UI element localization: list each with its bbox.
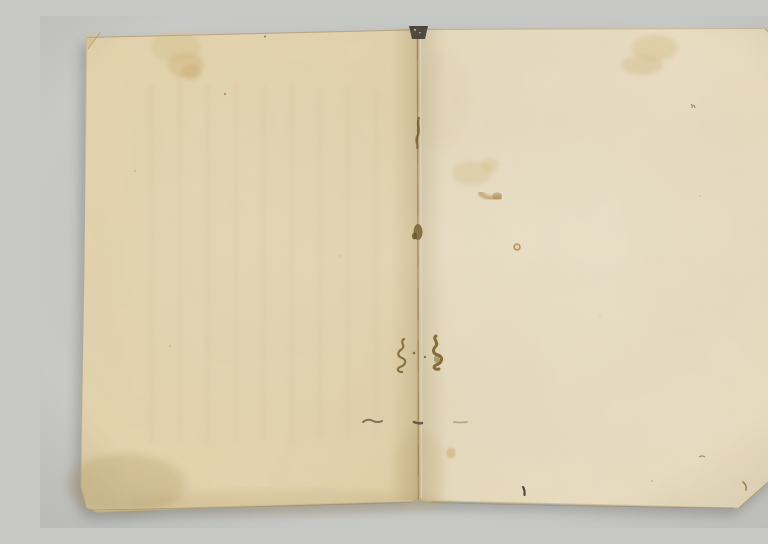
vignette-overlay [40,16,768,528]
photo-frame: Antique stab-bound book lying open to tw… [40,16,768,528]
book-photograph [40,16,768,528]
